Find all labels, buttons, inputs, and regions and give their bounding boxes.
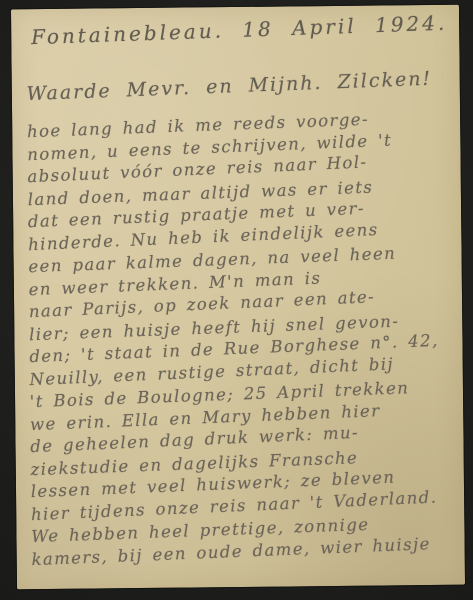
letter-body: hoe lang had ik me reeds voorge- nomen, … <box>27 117 461 571</box>
letter-dateline: Fontainebleau. 18 April 1924. <box>31 11 448 50</box>
letter-page: Fontainebleau. 18 April 1924. Waarde Mev… <box>11 5 465 590</box>
photo-mount: Fontainebleau. 18 April 1924. Waarde Mev… <box>0 0 473 600</box>
letter-salutation: Waarde Mevr. en Mijnh. Zilcken! <box>26 68 432 106</box>
